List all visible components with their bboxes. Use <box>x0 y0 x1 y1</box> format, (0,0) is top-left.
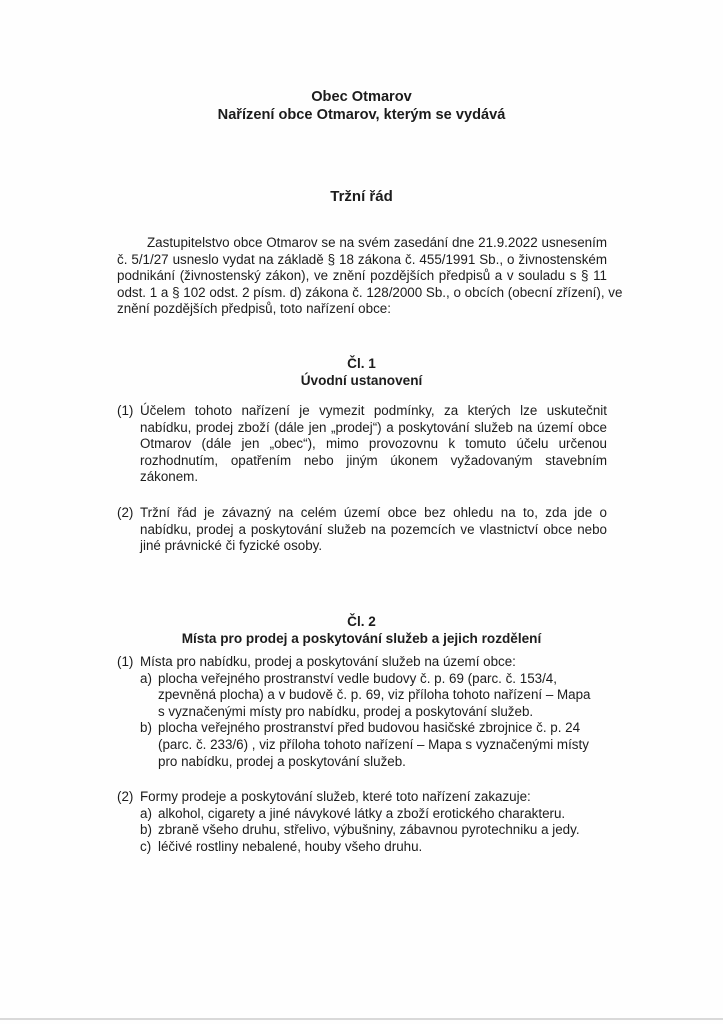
paragraph-line: jiné právnické či fyzické osoby. <box>140 538 607 555</box>
list-line: (parc. č. 233/6) , viz příloha tohoto na… <box>158 737 607 754</box>
list-line: pro nabídku, prodej a poskytování služeb… <box>158 754 607 771</box>
list-line: alkohol, cigarety a jiné návykové látky … <box>158 806 607 823</box>
paragraph-line: zákonem. <box>140 469 607 486</box>
list-item-b: b) plocha veřejného prostranství před bu… <box>140 720 607 770</box>
article-2-paragraph-1: (1) Místa pro nabídku, prodej a poskytov… <box>117 654 607 770</box>
paragraph-number: (1) <box>117 403 133 420</box>
list-item-b: b) zbraně všeho druhu, střelivo, výbušni… <box>140 822 607 839</box>
scan-bottom-edge <box>0 1018 723 1020</box>
list-line: zbraně všeho druhu, střelivo, výbušniny,… <box>158 822 607 839</box>
intro-line: podnikání (živnostenský zákon), ve znění… <box>117 268 607 285</box>
paragraph-line: Otmarov (dále jen „obec“), mimo provozov… <box>140 436 607 453</box>
paragraph-line: Tržní řád je závazný na celém území obce… <box>140 505 607 522</box>
article-2-paragraph-2: (2) Formy prodeje a poskytování služeb, … <box>117 789 607 855</box>
paragraph-line: nabídku, prodej zboží (dále jen „prodej“… <box>140 420 607 437</box>
paragraph-number: (1) <box>117 654 133 671</box>
list-line: léčivé rostliny nebalené, houby všeho dr… <box>158 839 607 856</box>
intro-line: Zastupitelstvo obce Otmarov se na svém z… <box>117 235 607 252</box>
article-1-title: Úvodní ustanovení <box>0 372 723 389</box>
list-letter: b) <box>140 822 152 839</box>
intro-paragraph: Zastupitelstvo obce Otmarov se na svém z… <box>117 235 607 318</box>
paragraph-line: nabídku, prodej a poskytování služeb na … <box>140 522 607 539</box>
paragraph-number: (2) <box>117 789 133 806</box>
article-2-number: Čl. 2 <box>0 613 723 630</box>
article-1-number: Čl. 1 <box>0 355 723 372</box>
regulation-title: Nařízení obce Otmarov, kterým se vydává <box>0 106 723 124</box>
list-letter: c) <box>140 839 151 856</box>
document-page: Obec Otmarov Nařízení obce Otmarov, kter… <box>0 0 723 1024</box>
list-letter: a) <box>140 806 152 823</box>
paragraph-heading: Místa pro nabídku, prodej a poskytování … <box>140 654 607 671</box>
intro-line: č. 5/1/27 usneslo vydat na základě § 18 … <box>117 252 607 269</box>
article-1-paragraph-1: (1) Účelem tohoto nařízení je vymezit po… <box>117 403 607 486</box>
article-1-paragraph-2: (2) Tržní řád je závazný na celém území … <box>117 505 607 555</box>
list-line: plocha veřejného prostranství před budov… <box>158 720 607 737</box>
paragraph-line: rozhodnutím, opatřením nebo jiným úkonem… <box>140 453 607 470</box>
list-letter: a) <box>140 671 152 688</box>
list-line: s vyznačenými místy pro nabídku, prodej … <box>158 704 607 721</box>
paragraph-number: (2) <box>117 505 133 522</box>
paragraph-heading: Formy prodeje a poskytování služeb, kter… <box>140 789 607 806</box>
list-line: zpevněná plocha) a v budově č. p. 69, vi… <box>158 687 607 704</box>
list-letter: b) <box>140 720 152 737</box>
article-2-title: Místa pro prodej a poskytování služeb a … <box>0 630 723 647</box>
list-item-a: a) plocha veřejného prostranství vedle b… <box>140 671 607 721</box>
list-line: plocha veřejného prostranství vedle budo… <box>158 671 607 688</box>
paragraph-line: Účelem tohoto nařízení je vymezit podmín… <box>140 403 607 420</box>
list-item-a: a) alkohol, cigarety a jiné návykové lát… <box>140 806 607 823</box>
document-title: Tržní řád <box>0 188 723 206</box>
list-item-c: c) léčivé rostliny nebalené, houby všeho… <box>140 839 607 856</box>
intro-line: znění pozdějších předpisů, toto nařízení… <box>117 301 607 318</box>
intro-line: odst. 1 a § 102 odst. 2 písm. d) zákona … <box>117 285 607 302</box>
municipality-heading: Obec Otmarov <box>0 88 723 106</box>
